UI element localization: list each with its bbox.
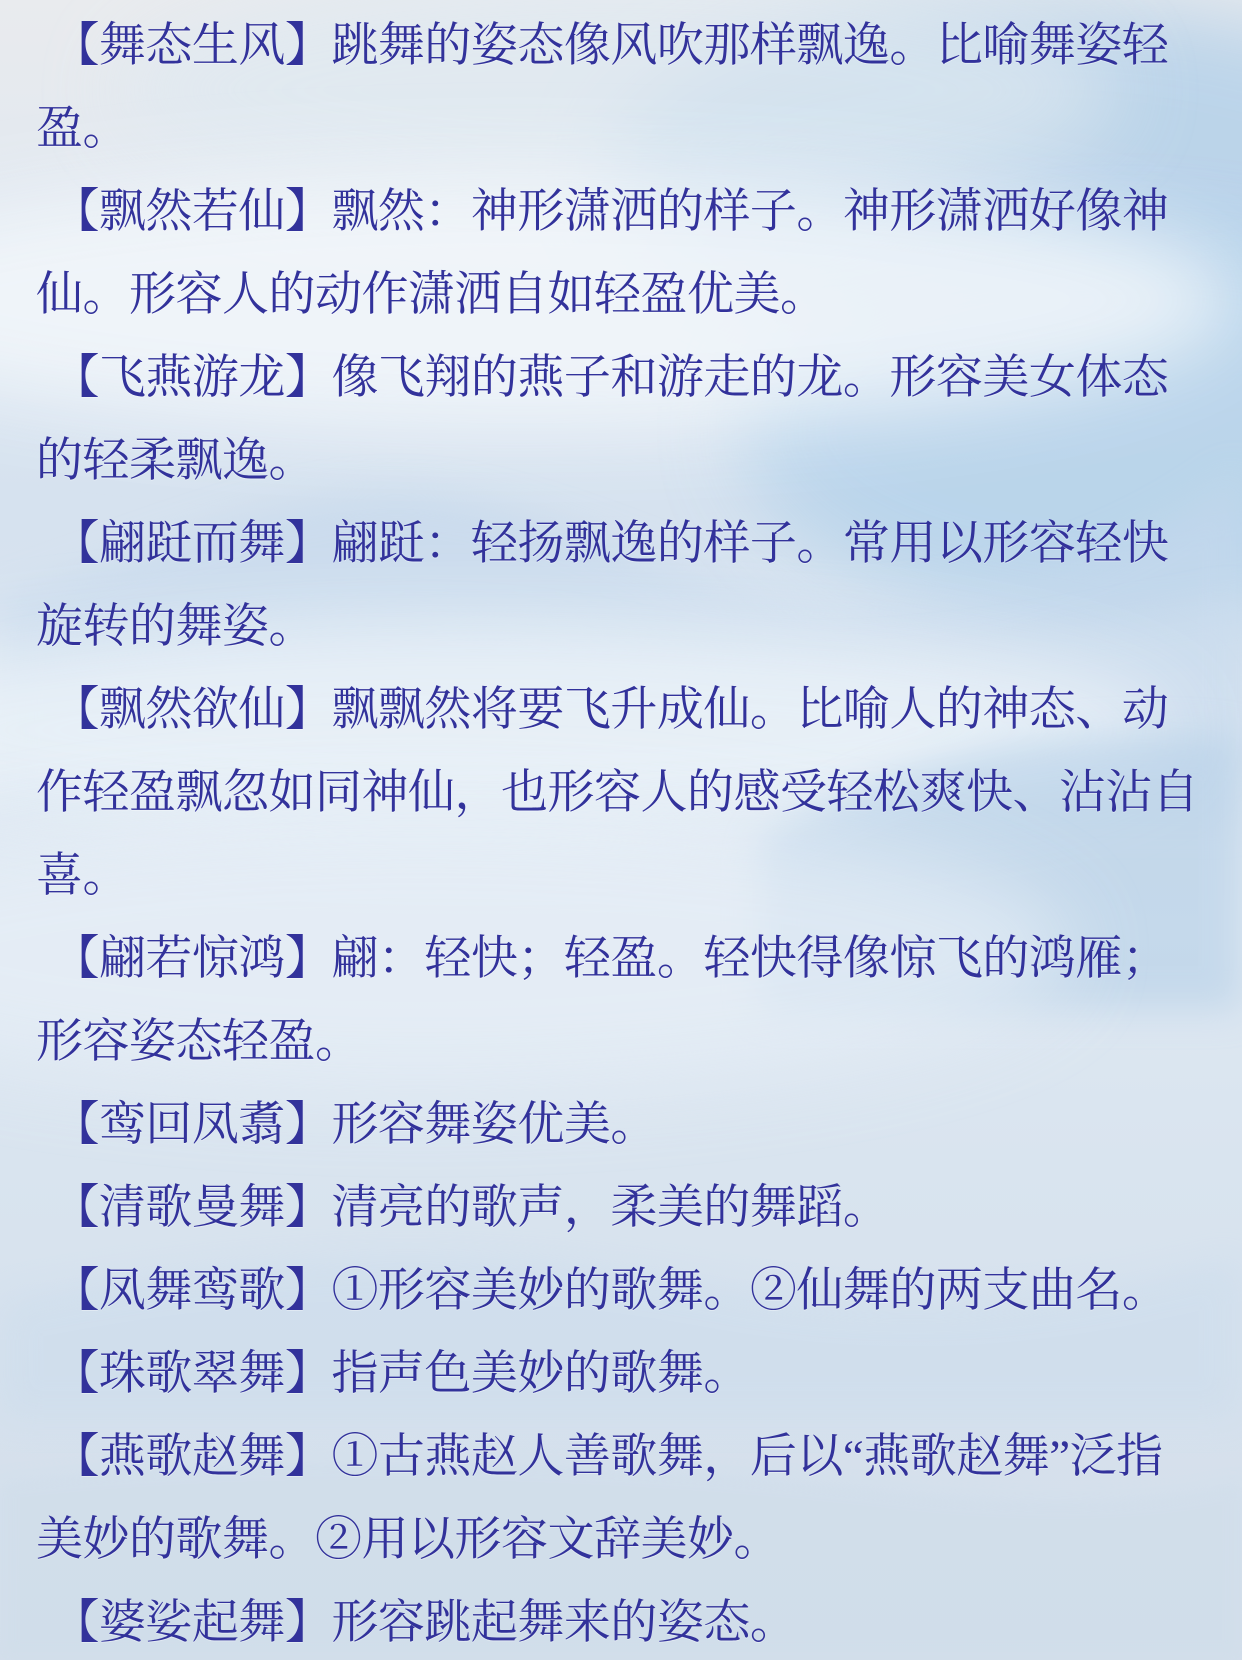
idiom-entry: 【清歌曼舞】清亮的歌声，柔美的舞蹈。 bbox=[36, 1167, 1208, 1250]
idiom-term: 【清歌曼舞】 bbox=[52, 1182, 331, 1234]
idiom-entry: 【鸾回凤翥】形容舞姿优美。 bbox=[36, 1084, 1208, 1167]
idiom-term: 【飘然若仙】 bbox=[52, 186, 331, 238]
idiom-term: 【翩跹而舞】 bbox=[52, 518, 331, 570]
idiom-term: 【鸾回凤翥】 bbox=[52, 1099, 331, 1151]
idiom-entry: 【翩跹而舞】翩跹：轻扬飘逸的样子。常用以形容轻快旋转的舞姿。 bbox=[36, 503, 1208, 669]
idiom-term: 【燕歌赵舞】 bbox=[52, 1431, 331, 1483]
idiom-term: 【飞燕游龙】 bbox=[52, 352, 331, 404]
idiom-definition: 形容舞姿优美。 bbox=[331, 1099, 657, 1151]
idiom-entry: 【珠歌翠舞】指声色美妙的歌舞。 bbox=[36, 1333, 1208, 1416]
idiom-definition: 指声色美妙的歌舞。 bbox=[331, 1348, 750, 1400]
idiom-term: 【珠歌翠舞】 bbox=[52, 1348, 331, 1400]
idiom-entry: 【舞态生风】跳舞的姿态像风吹那样飘逸。比喻舞姿轻盈。 bbox=[36, 5, 1208, 171]
idiom-entry: 【飘然欲仙】飘飘然将要飞升成仙。比喻人的神态、动作轻盈飘忽如同神仙，也形容人的感… bbox=[36, 669, 1208, 918]
idiom-entry: 【凤舞鸾歌】①形容美妙的歌舞。②仙舞的两支曲名。 bbox=[36, 1250, 1208, 1333]
idiom-definition: ①形容美妙的歌舞。②仙舞的两支曲名。 bbox=[331, 1265, 1168, 1317]
idiom-list: 【舞态生风】跳舞的姿态像风吹那样飘逸。比喻舞姿轻盈。【飘然若仙】飘然：神形潇洒的… bbox=[0, 0, 1242, 1660]
idiom-entry: 【飞燕游龙】像飞翔的燕子和游走的龙。形容美女体态的轻柔飘逸。 bbox=[36, 337, 1208, 503]
idiom-definitions-page: 【舞态生风】跳舞的姿态像风吹那样飘逸。比喻舞姿轻盈。【飘然若仙】飘然：神形潇洒的… bbox=[0, 0, 1242, 1660]
idiom-term: 【婆娑起舞】 bbox=[52, 1597, 331, 1649]
idiom-entry: 【燕歌赵舞】①古燕赵人善歌舞，后以“燕歌赵舞”泛指美妙的歌舞。②用以形容文辞美妙… bbox=[36, 1416, 1208, 1582]
idiom-term: 【舞态生风】 bbox=[52, 20, 331, 72]
idiom-term: 【翩若惊鸿】 bbox=[52, 933, 331, 985]
idiom-definition: 清亮的歌声，柔美的舞蹈。 bbox=[331, 1182, 889, 1234]
idiom-term: 【凤舞鸾歌】 bbox=[52, 1265, 331, 1317]
idiom-entry: 【婆娑起舞】形容跳起舞来的姿态。 bbox=[36, 1582, 1208, 1660]
idiom-entry: 【翩若惊鸿】翩：轻快；轻盈。轻快得像惊飞的鸿雁；形容姿态轻盈。 bbox=[36, 918, 1208, 1084]
idiom-definition: 形容跳起舞来的姿态。 bbox=[331, 1597, 796, 1649]
idiom-entry: 【飘然若仙】飘然：神形潇洒的样子。神形潇洒好像神仙。形容人的动作潇洒自如轻盈优美… bbox=[36, 171, 1208, 337]
idiom-term: 【飘然欲仙】 bbox=[52, 684, 331, 736]
